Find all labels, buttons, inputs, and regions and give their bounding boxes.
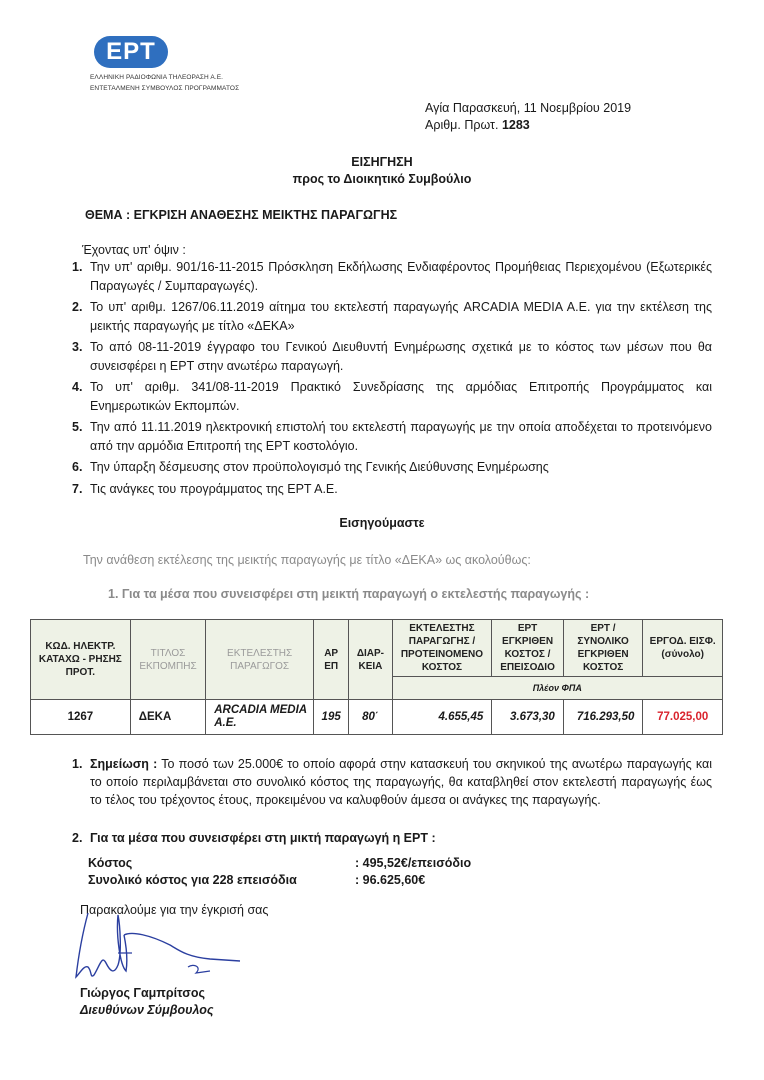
vat-note: Πλέον ΦΠΑ — [392, 677, 722, 700]
recommendation-heading: Εισηγούμαστε — [0, 516, 764, 530]
signer-block: Γιώργος Γαμπρίτσος Διευθύνων Σύμβουλος — [80, 985, 214, 1019]
place-date: Αγία Παρασκευή, 11 Νοεμβρίου 2019 — [425, 100, 631, 117]
col-header-approved-episode-cost: ΕΡΤ ΕΓΚΡΙΘΕΝ ΚΟΣΤΟΣ / ΕΠΕΙΣΟΔΙΟ — [492, 620, 564, 677]
reference-item: 4.Το υπ' αριθμ. 341/08-11-2019 Πρακτικό … — [72, 378, 712, 415]
signer-name: Γιώργος Γαμπρίτσος — [80, 985, 214, 1002]
cell-code: 1267 — [31, 700, 131, 735]
reference-item: 6.Την ύπαρξη δέσμευσης στον προϋπολογισμ… — [72, 458, 712, 477]
protocol-line: Αριθμ. Πρωτ. 1283 — [425, 117, 631, 134]
document-recipient: προς το Διοικητικό Συμβούλιο — [0, 172, 764, 186]
reference-item: 2.Το υπ' αριθμ. 1267/06.11.2019 αίτημα τ… — [72, 298, 712, 335]
table-header-row: ΚΩΔ. ΗΛΕΚΤΡ. ΚΑΤΑΧΩ - ΡΗΣΗΣ ΠΡΟΤ. ΤΙΤΛΟΣ… — [31, 620, 723, 677]
signer-role: Διευθύνων Σύμβουλος — [80, 1002, 214, 1019]
date-protocol-block: Αγία Παρασκευή, 11 Νοεμβρίου 2019 Αριθμ.… — [425, 100, 631, 134]
cell-total-approved-cost: 716.293,50 — [563, 700, 643, 735]
protocol-label: Αριθμ. Πρωτ. — [425, 118, 498, 132]
cell-duration: 80΄ — [349, 700, 392, 735]
table-row: 1267 ΔΕΚΑ ARCADIA MEDIA A.E. 195 80΄ 4.6… — [31, 700, 723, 735]
reference-item: 5.Την από 11.11.2019 ηλεκτρονική επιστολ… — [72, 418, 712, 455]
col-header-proposed-cost: ΕΚΤΕΛΕΣΤΗΣ ΠΑΡΑΓΩΓΗΣ / ΠΡΟΤΕΙΝΟΜΕΝΟ ΚΟΣΤ… — [392, 620, 492, 677]
document-title: ΕΙΣΗΓΗΣΗ — [0, 155, 764, 169]
ert-cost-values: : 495,52€/επεισόδιο : 96.625,60€ — [355, 855, 471, 889]
ert-logo: ΕΡΤ — [94, 36, 168, 68]
col-header-code: ΚΩΔ. ΗΛΕΚΤΡ. ΚΑΤΑΧΩ - ΡΗΣΗΣ ΠΡΟΤ. — [31, 620, 131, 700]
col-header-title: ΤΙΤΛΟΣ ΕΚΠΟΜΠΗΣ — [130, 620, 206, 700]
subject-line: ΘΕΜΑ : ΕΓΚΡΙΣΗ ΑΝΑΘΕΣΗΣ ΜΕΙΚΤΗΣ ΠΑΡΑΓΩΓΗ… — [85, 208, 397, 222]
intro-text: Έχοντας υπ' όψιν : — [82, 243, 186, 257]
section-producer-means: 1. Για τα μέσα που συνεισφέρει στη μεικτ… — [108, 587, 589, 601]
reference-item: 7.Τις ανάγκες του προγράμματος της ΕΡΤ Α… — [72, 480, 712, 499]
protocol-number: 1283 — [502, 118, 530, 132]
org-department: ΕΝΤΕΤΑΛΜΕΝΗ ΣΥΜΒΟΥΛΟΣ ΠΡΟΓΡΑΜΜΑΤΟΣ — [90, 85, 239, 92]
ert-cost-labels: Κόστος Συνολικό κόστος για 228 επεισόδια — [88, 855, 297, 889]
cell-title: ΔΕΚΑ — [130, 700, 206, 735]
note-item: 1.Σημείωση : Το ποσό των 25.000€ το οποί… — [72, 755, 712, 809]
cell-producer: ARCADIA MEDIA A.E. — [206, 700, 314, 735]
cell-contractor-contribution: 77.025,00 — [643, 700, 723, 735]
cost-table: ΚΩΔ. ΗΛΕΚΤΡ. ΚΑΤΑΧΩ - ΡΗΣΗΣ ΠΡΟΤ. ΤΙΤΛΟΣ… — [30, 619, 723, 735]
cell-approved-episode-cost: 3.673,30 — [492, 700, 564, 735]
col-header-duration: ΔΙΑΡ- ΚΕΙΑ — [349, 620, 392, 700]
col-header-producer: ΕΚΤΕΛΕΣΤΗΣ ΠΑΡΑΓΩΓΟΣ — [206, 620, 314, 700]
cost-label: Κόστος — [88, 855, 297, 872]
cost-value: : 495,52€/επεισόδιο — [355, 855, 471, 872]
reference-item: 3.Το από 08-11-2019 έγγραφο του Γενικού … — [72, 338, 712, 375]
references-list: 1.Την υπ' αριθμ. 901/16-11-2015 Πρόσκλησ… — [72, 258, 712, 501]
col-header-contractor-contribution: ΕΡΓΟΔ. ΕΙΣΦ. (σύνολο) — [643, 620, 723, 677]
proposal-text: Την ανάθεση εκτέλεσης της μεικτής παραγω… — [83, 553, 531, 567]
cell-episodes: 195 — [314, 700, 349, 735]
cell-proposed-cost: 4.655,45 — [392, 700, 492, 735]
signature-image — [70, 905, 250, 985]
notes-list: 1.Σημείωση : Το ποσό των 25.000€ το οποί… — [72, 755, 712, 847]
note-item: 2.Για τα μέσα που συνεισφέρει στη μικτή … — [72, 829, 712, 847]
org-name: ΕΛΛΗΝΙΚΗ ΡΑΔΙΟΦΩΝΙΑ ΤΗΛΕΟΡΑΣΗ Α.Ε. — [90, 74, 223, 81]
total-cost-value: : 96.625,60€ — [355, 872, 471, 889]
col-header-episodes: ΑΡ ΕΠ — [314, 620, 349, 700]
col-header-total-approved-cost: ΕΡΤ / ΣΥΝΟΛΙΚΟ ΕΓΚΡΙΘΕΝ ΚΟΣΤΟΣ — [563, 620, 643, 677]
reference-item: 1.Την υπ' αριθμ. 901/16-11-2015 Πρόσκλησ… — [72, 258, 712, 295]
total-cost-label: Συνολικό κόστος για 228 επεισόδια — [88, 872, 297, 889]
